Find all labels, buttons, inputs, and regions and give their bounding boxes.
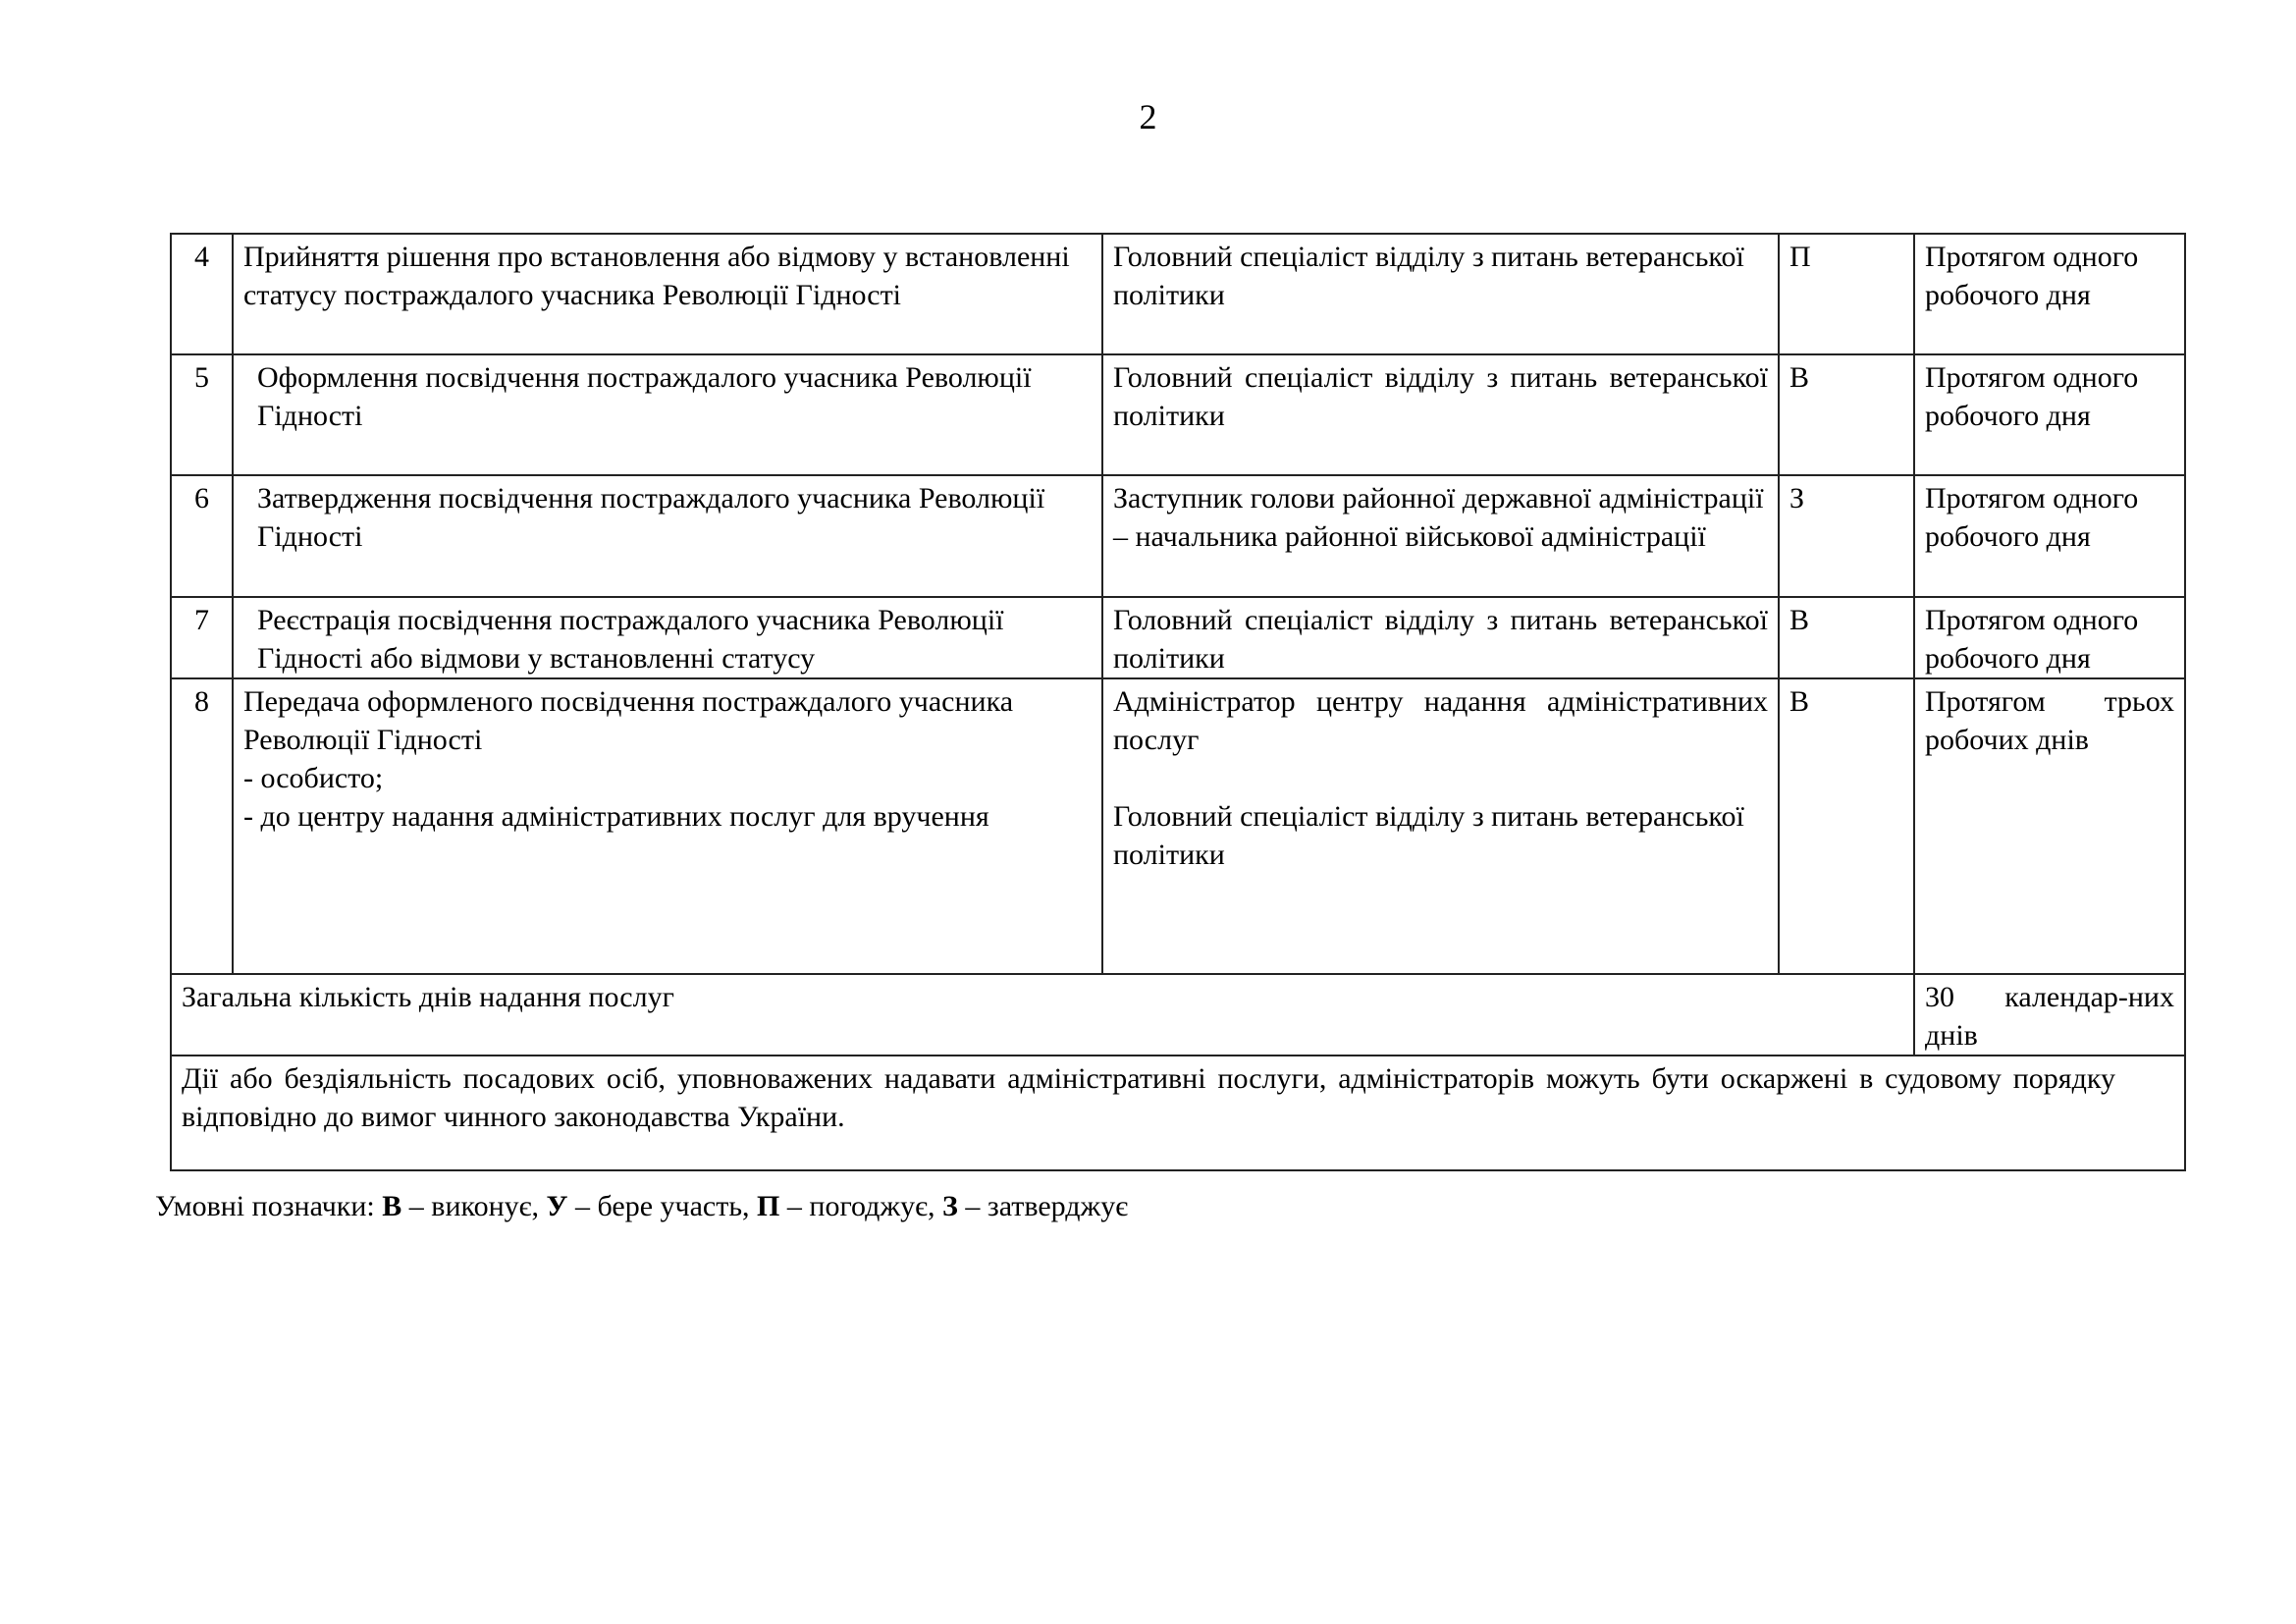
total-value: 30 календар-них днів [1914,974,2185,1056]
step-term: Протягом одного робочого дня [1914,475,2185,597]
action-line: Прийняття рішення про встановлення або в… [243,238,1092,314]
step-number: 5 [171,354,233,475]
step-code: В [1779,597,1914,678]
step-code: В [1779,678,1914,974]
legend-code: П [757,1190,779,1222]
legend-meaning: – затверджує [958,1190,1128,1222]
step-term: Протягом одного робочого дня [1914,354,2185,475]
legend-meaning: – погоджує, [779,1190,942,1222]
legend-meaning: – бере участь, [568,1190,758,1222]
legend: Умовні позначки: В – виконує, У – бере у… [155,1190,1128,1223]
step-action: Передача оформленого посвідчення постраж… [233,678,1102,974]
step-responsible: Головний спеціаліст відділу з питань вет… [1102,354,1779,475]
table-row: 6 Затвердження посвідчення постраждалого… [171,475,2185,597]
responsible-line: Заступник голови районної державної адмі… [1113,479,1768,556]
responsible-line: Головний спеціаліст відділу з питань вет… [1113,358,1768,435]
step-term: Протягом одного робочого дня [1914,234,2185,354]
spacer [1113,759,1768,797]
step-term: Протягом одного робочого дня [1914,597,2185,678]
responsible-line: Головний спеціаліст відділу з питань вет… [1113,797,1768,874]
step-number: 4 [171,234,233,354]
action-line: Затвердження посвідчення постраждалого у… [257,479,1092,556]
legend-code: З [942,1190,958,1222]
legend-prefix: Умовні позначки: [155,1190,382,1222]
step-responsible: Адміністратор центру надання адміністрат… [1102,678,1779,974]
action-line: Оформлення посвідчення постраждалого уча… [257,358,1092,435]
table-row: 8 Передача оформленого посвідчення постр… [171,678,2185,974]
table-row: 4 Прийняття рішення про встановлення або… [171,234,2185,354]
step-action: Оформлення посвідчення постраждалого уча… [233,354,1102,475]
total-row: Загальна кількість днів надання послуг 3… [171,974,2185,1056]
action-line: - до центру надання адміністративних пос… [243,797,1092,836]
step-term: Протягом трьох робочих днів [1914,678,2185,974]
step-responsible: Головний спеціаліст відділу з питань вет… [1102,597,1779,678]
action-line: Реєстрація посвідчення постраждалого уча… [257,601,1092,677]
responsible-line: Адміністратор центру надання адміністрат… [1113,682,1768,759]
responsible-line: Головний спеціаліст відділу з питань вет… [1113,601,1768,677]
action-line: Передача оформленого посвідчення постраж… [243,682,1092,759]
appeal-note: Дії або бездіяльність посадових осіб, уп… [171,1056,2185,1170]
page-number: 2 [0,96,2296,137]
step-action: Затвердження посвідчення постраждалого у… [233,475,1102,597]
step-action: Прийняття рішення про встановлення або в… [233,234,1102,354]
legend-meaning: – виконує, [401,1190,546,1222]
legend-code: В [382,1190,401,1222]
step-code: В [1779,354,1914,475]
step-action: Реєстрація посвідчення постраждалого уча… [233,597,1102,678]
step-responsible: Заступник голови районної державної адмі… [1102,475,1779,597]
step-number: 6 [171,475,233,597]
step-number: 7 [171,597,233,678]
step-code: П [1779,234,1914,354]
procedure-table: 4 Прийняття рішення про встановлення або… [170,233,2186,1171]
total-label: Загальна кількість днів надання послуг [171,974,1914,1056]
table-row: 5 Оформлення посвідчення постраждалого у… [171,354,2185,475]
responsible-line: Головний спеціаліст відділу з питань вет… [1113,238,1768,314]
legend-code: У [547,1190,568,1222]
step-code: З [1779,475,1914,597]
step-responsible: Головний спеціаліст відділу з питань вет… [1102,234,1779,354]
appeal-row: Дії або бездіяльність посадових осіб, уп… [171,1056,2185,1170]
action-line: - особисто; [243,759,1092,797]
table-row: 7 Реєстрація посвідчення постраждалого у… [171,597,2185,678]
step-number: 8 [171,678,233,974]
